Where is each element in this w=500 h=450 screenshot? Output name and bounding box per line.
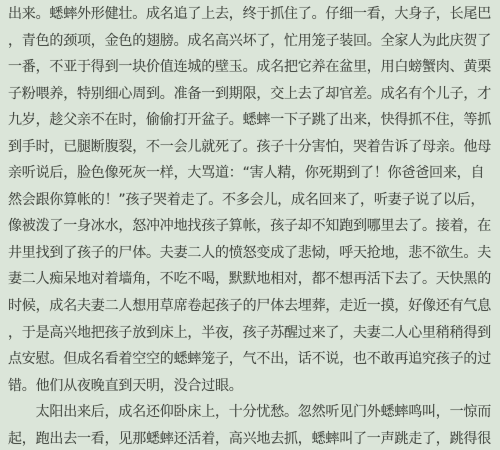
text-line: 亲听说后，脸色像死灰一样，大骂道：“害人精，你死期到了！你爸爸回来，自 [8, 160, 496, 187]
text-line: 到手时，已腿断腹裂，不一会儿就死了。孩子十分害怕，哭着告诉了母亲。他母 [8, 134, 496, 161]
text-line: 错。他们从夜晚直到天明，没合过眼。 [8, 373, 496, 400]
text-line: ，青色的颈项，金色的翅膀。成名高兴坏了，忙用笼子装回。全家人为此庆贺了 [8, 28, 496, 55]
text-line: 一番，不亚于得到一块价值连城的壁玉。成名把它养在盆里，用白螃蟹肉、黄栗 [8, 54, 496, 81]
text-line: 九岁，趁父亲不在时，偷偷打开盆子。蟋蟀一下子跳了出来，快得抓不住，等抓 [8, 107, 496, 134]
text-line: 起，跑出去一看，见那蟋蟀还活着，高兴地去抓，蟋蟀叫了一声跳走了，跳得很 [8, 426, 496, 450]
text-line: 井里找到了孩子的尸体。夫妻二人的愤怒变成了悲恸，呼天抢地，悲不欲生。夫 [8, 240, 496, 267]
text-line: 时候，成名夫妻二人想用草席卷起孩子的尸体去埋葬，走近一摸，好像还有气息 [8, 293, 496, 320]
text-line: 点安慰。但成名看着空空的蟋蟀笼子，气不出，话不说，也不敢再追究孩子的过 [8, 346, 496, 373]
text-line: 像被泼了一身冰水，怒冲冲地找孩子算帐，孩子却不知跑到哪里去了。接着，在 [8, 213, 496, 240]
text-line: 出来。蟋蟀外形健壮。成名追了上去，终于抓住了。仔细一看，大身子，长尾巴 [8, 1, 496, 28]
text-line paragraph-start: 太阳出来后，成名还仰卧床上，十分忧愁。忽然听见门外蟋蟀鸣叫，一惊而 [8, 399, 496, 426]
text-line: 子粉喂养，特别细心周到。准备一到期限，交上去了却官差。成名有个儿子，才 [8, 81, 496, 108]
text-line: ，于是高兴地把孩子放到床上，半夜，孩子苏醒过来了，夫妻二人心里稍稍得到 [8, 320, 496, 347]
text-line: 然会跟你算帐的！”孩子哭着走了。不多会儿，成名回来了，听妻子说了以后， [8, 187, 496, 214]
reader-page: 出来。蟋蟀外形健壮。成名追了上去，终于抓住了。仔细一看，大身子，长尾巴 ，青色的… [0, 0, 500, 450]
text-line: 妻二人痴呆地对着墙角，不吃不喝，默默地相对，都不想再活下去了。天快黑的 [8, 266, 496, 293]
